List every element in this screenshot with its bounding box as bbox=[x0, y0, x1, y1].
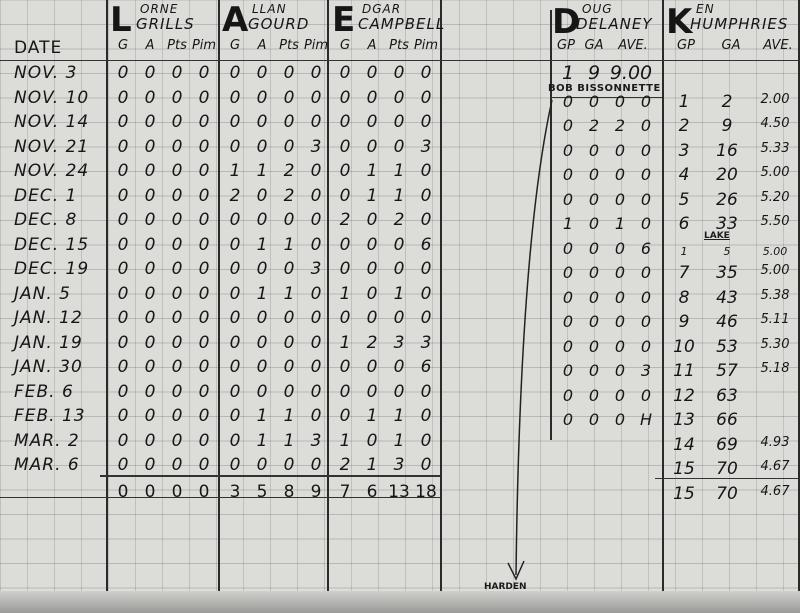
bissonnette-cell: 0 bbox=[582, 386, 606, 405]
stat-cell: 0 bbox=[222, 431, 248, 451]
bissonnette-cell: 0 bbox=[608, 92, 632, 111]
stat-cell: 0 bbox=[222, 333, 248, 353]
column-header: Pim bbox=[413, 38, 439, 53]
stat-cell: 0 bbox=[110, 431, 136, 451]
stat-cell: 0 bbox=[110, 63, 136, 83]
bissonnette-cell: 0 bbox=[634, 92, 658, 111]
stat-cell: 0 bbox=[359, 382, 385, 402]
player-name-top: LLAN bbox=[252, 2, 287, 16]
stat-cell: 0 bbox=[413, 210, 439, 230]
humphries-cell: 53 bbox=[702, 337, 752, 357]
stat-cell: 0 bbox=[249, 88, 275, 108]
row-date: DEC. 1 bbox=[14, 186, 77, 206]
stat-cell: 0 bbox=[359, 235, 385, 255]
stat-cell: 1 bbox=[249, 431, 275, 451]
stat-cell: 0 bbox=[137, 186, 163, 206]
stat-cell: 1 bbox=[359, 455, 385, 475]
bissonnette-cell: 0 bbox=[608, 190, 632, 209]
stat-cell: 0 bbox=[110, 308, 136, 328]
bissonnette-cell: 0 bbox=[608, 141, 632, 160]
humphries-cell: 6 bbox=[666, 214, 702, 234]
total-cell: 5 bbox=[249, 482, 275, 502]
player-name-bottom: GRILLS bbox=[136, 15, 195, 33]
divider-date bbox=[106, 0, 108, 600]
stat-cell: 0 bbox=[332, 308, 358, 328]
goalie-initial: K bbox=[666, 2, 692, 42]
humphries-cell: 11 bbox=[666, 361, 702, 381]
stat-cell: 0 bbox=[413, 112, 439, 132]
stat-cell: 2 bbox=[359, 333, 385, 353]
row-date: FEB. 6 bbox=[14, 382, 74, 402]
humphries-cell: 57 bbox=[702, 361, 752, 381]
bissonnette-cell: 0 bbox=[608, 386, 632, 405]
stat-cell: 0 bbox=[359, 63, 385, 83]
row-date: JAN. 12 bbox=[14, 308, 83, 328]
stat-cell: 0 bbox=[303, 210, 329, 230]
stat-cell: 0 bbox=[332, 88, 358, 108]
bissonnette-cell: 0 bbox=[582, 92, 606, 111]
humphries-cell: 43 bbox=[702, 288, 752, 308]
total-cell: 7 bbox=[332, 482, 358, 502]
stat-cell: 1 bbox=[249, 406, 275, 426]
stat-cell: 0 bbox=[303, 63, 329, 83]
divider-delaney-right bbox=[662, 0, 664, 600]
stat-cell: 0 bbox=[164, 406, 190, 426]
stat-cell: 0 bbox=[164, 186, 190, 206]
stat-cell: 0 bbox=[191, 63, 217, 83]
stat-cell: 0 bbox=[303, 308, 329, 328]
stat-cell: 0 bbox=[110, 161, 136, 181]
stat-cell: 0 bbox=[249, 308, 275, 328]
stat-cell: 0 bbox=[110, 137, 136, 157]
stat-cell: 0 bbox=[110, 357, 136, 377]
stat-cell: 0 bbox=[332, 186, 358, 206]
bissonnette-cell: 0 bbox=[608, 239, 632, 258]
stat-cell: 0 bbox=[191, 210, 217, 230]
bleed-through bbox=[0, 548, 800, 588]
stat-cell: 1 bbox=[332, 431, 358, 451]
stat-cell: 0 bbox=[386, 235, 412, 255]
stat-cell: 0 bbox=[164, 357, 190, 377]
humphries-cell: 4.93 bbox=[752, 435, 798, 450]
stat-cell: 0 bbox=[191, 137, 217, 157]
stat-cell: 0 bbox=[386, 137, 412, 157]
stat-cell: 0 bbox=[276, 333, 302, 353]
stat-cell: 0 bbox=[137, 235, 163, 255]
bissonnette-cell: 0 bbox=[634, 263, 658, 282]
row-date: DEC. 19 bbox=[14, 259, 89, 279]
humphries-cell: 9 bbox=[666, 312, 702, 332]
stat-cell: 0 bbox=[164, 308, 190, 328]
humphries-cell: 70 bbox=[702, 484, 752, 504]
stat-cell: 0 bbox=[332, 259, 358, 279]
stat-cell: 0 bbox=[191, 284, 217, 304]
stat-cell: 1 bbox=[359, 161, 385, 181]
stat-cell: 0 bbox=[222, 112, 248, 132]
stat-cell: 0 bbox=[164, 137, 190, 157]
delaney-cell: 1 bbox=[556, 62, 580, 84]
stat-cell: 0 bbox=[359, 112, 385, 132]
bissonnette-cell: 2 bbox=[608, 116, 632, 135]
humphries-cell: 69 bbox=[702, 435, 752, 455]
humphries-cell: 15 bbox=[666, 459, 702, 479]
player-initial: L bbox=[110, 0, 132, 40]
bissonnette-cell: 6 bbox=[634, 239, 658, 258]
stat-cell: 0 bbox=[386, 63, 412, 83]
humphries-cell: 7 bbox=[666, 263, 702, 283]
stat-cell: 0 bbox=[191, 431, 217, 451]
humphries-cell: 4.67 bbox=[752, 459, 798, 474]
stat-cell: 0 bbox=[413, 186, 439, 206]
row-date: DEC. 15 bbox=[14, 235, 89, 255]
stat-cell: 0 bbox=[249, 382, 275, 402]
total-cell: 18 bbox=[413, 482, 439, 502]
bissonnette-cell: 0 bbox=[634, 165, 658, 184]
bissonnette-cell: 0 bbox=[608, 410, 632, 429]
stat-cell: 0 bbox=[110, 210, 136, 230]
stat-cell: 0 bbox=[303, 382, 329, 402]
stat-cell: 0 bbox=[249, 112, 275, 132]
stat-cell: 0 bbox=[332, 406, 358, 426]
humphries-cell: 5 bbox=[702, 245, 752, 258]
stat-cell: 0 bbox=[359, 88, 385, 108]
stat-cell: 0 bbox=[191, 161, 217, 181]
total-cell: 0 bbox=[191, 482, 217, 502]
stat-cell: 0 bbox=[359, 137, 385, 157]
stat-cell: 0 bbox=[386, 112, 412, 132]
bissonnette-cell: H bbox=[634, 410, 658, 429]
humphries-cell: 5 bbox=[666, 190, 702, 210]
stat-cell: 0 bbox=[222, 259, 248, 279]
stat-cell: 1 bbox=[386, 406, 412, 426]
bissonnette-cell: 0 bbox=[634, 214, 658, 233]
goalie-column-header: GA bbox=[580, 38, 608, 53]
column-header: Pim bbox=[303, 38, 329, 53]
stat-cell: 0 bbox=[222, 63, 248, 83]
stat-cell: 0 bbox=[413, 63, 439, 83]
stat-cell: 0 bbox=[303, 284, 329, 304]
humphries-cell: 5.20 bbox=[752, 190, 798, 205]
stat-cell: 0 bbox=[137, 63, 163, 83]
humphries-cell: 10 bbox=[666, 337, 702, 357]
stat-cell: 0 bbox=[110, 382, 136, 402]
divider-grills bbox=[218, 0, 220, 600]
stat-cell: 1 bbox=[249, 284, 275, 304]
goalie-column-header: GA bbox=[706, 38, 756, 53]
goalie-column-header: GP bbox=[666, 38, 706, 53]
humphries-cell: 5.18 bbox=[752, 361, 798, 376]
row-date: JAN. 30 bbox=[14, 357, 83, 377]
bissonnette-cell: 1 bbox=[608, 214, 632, 233]
stat-cell: 0 bbox=[249, 63, 275, 83]
bissonnette-cell: 0 bbox=[634, 386, 658, 405]
stat-cell: 0 bbox=[303, 333, 329, 353]
humphries-cell: 26 bbox=[702, 190, 752, 210]
stat-cell: 0 bbox=[332, 112, 358, 132]
player-name-bottom: CAMPBELL bbox=[358, 15, 445, 33]
stat-cell: 0 bbox=[137, 161, 163, 181]
stat-cell: 0 bbox=[332, 63, 358, 83]
stat-cell: 0 bbox=[137, 112, 163, 132]
bissonnette-cell: 0 bbox=[582, 288, 606, 307]
humphries-cell: 4.67 bbox=[752, 484, 798, 499]
bissonnette-cell: 0 bbox=[582, 239, 606, 258]
delaney-cell: 9 bbox=[582, 62, 606, 84]
stat-cell: 0 bbox=[164, 161, 190, 181]
stat-cell: 3 bbox=[386, 455, 412, 475]
stat-cell: 0 bbox=[110, 284, 136, 304]
stats-sheet: DATE LORNEGRILLSGAPtsPimALLANGOURDGAPtsP… bbox=[0, 0, 800, 613]
stat-cell: 1 bbox=[332, 333, 358, 353]
bissonnette-cell: 3 bbox=[634, 361, 658, 380]
stat-cell: 0 bbox=[276, 112, 302, 132]
stat-cell: 0 bbox=[303, 406, 329, 426]
total-cell: 9 bbox=[303, 482, 329, 502]
stat-cell: 0 bbox=[276, 137, 302, 157]
stat-cell: 0 bbox=[413, 406, 439, 426]
column-header: Pts bbox=[276, 38, 302, 53]
goalie-name-top: OUG bbox=[582, 2, 613, 16]
humphries-cell: 16 bbox=[702, 141, 752, 161]
row-date: MAR. 6 bbox=[14, 455, 80, 475]
total-cell: 6 bbox=[359, 482, 385, 502]
stat-cell: 0 bbox=[386, 308, 412, 328]
stat-cell: 0 bbox=[332, 382, 358, 402]
row-date: NOV. 21 bbox=[14, 137, 89, 157]
stat-cell: 0 bbox=[332, 357, 358, 377]
stat-cell: 0 bbox=[164, 88, 190, 108]
bissonnette-cell: 0 bbox=[608, 361, 632, 380]
stat-cell: 1 bbox=[276, 284, 302, 304]
stat-cell: 0 bbox=[303, 357, 329, 377]
stat-cell: 3 bbox=[413, 333, 439, 353]
stat-cell: 0 bbox=[137, 382, 163, 402]
stat-cell: 0 bbox=[386, 357, 412, 377]
stat-cell: 0 bbox=[110, 259, 136, 279]
stat-cell: 2 bbox=[222, 186, 248, 206]
stat-cell: 0 bbox=[359, 357, 385, 377]
stat-cell: 2 bbox=[332, 455, 358, 475]
total-cell: 0 bbox=[137, 482, 163, 502]
stat-cell: 0 bbox=[137, 357, 163, 377]
stat-cell: 0 bbox=[222, 210, 248, 230]
goalie-name-bottom: DELANEY bbox=[576, 15, 653, 33]
stat-cell: 0 bbox=[303, 161, 329, 181]
stat-cell: 0 bbox=[359, 259, 385, 279]
bissonnette-cell: 0 bbox=[634, 337, 658, 356]
stat-cell: 0 bbox=[332, 161, 358, 181]
humphries-cell: 3 bbox=[666, 141, 702, 161]
total-cell: 13 bbox=[386, 482, 412, 502]
delaney-cell: 9.00 bbox=[606, 62, 656, 84]
stat-cell: 3 bbox=[386, 333, 412, 353]
stat-cell: 0 bbox=[386, 382, 412, 402]
stat-cell: 3 bbox=[303, 259, 329, 279]
humphries-cell: 46 bbox=[702, 312, 752, 332]
humphries-cell: 1 bbox=[666, 245, 702, 258]
row-date: NOV. 24 bbox=[14, 161, 89, 181]
stat-cell: 0 bbox=[359, 210, 385, 230]
goalie-column-header: AVE. bbox=[608, 38, 658, 53]
stat-cell: 0 bbox=[413, 284, 439, 304]
stat-cell: 0 bbox=[413, 455, 439, 475]
stat-cell: 0 bbox=[249, 186, 275, 206]
goalie-name-top: EN bbox=[696, 2, 715, 16]
column-header: Pim bbox=[191, 38, 217, 53]
humphries-cell: 70 bbox=[702, 459, 752, 479]
stat-cell: 0 bbox=[137, 137, 163, 157]
stat-cell: 0 bbox=[276, 455, 302, 475]
stat-cell: 2 bbox=[276, 186, 302, 206]
stat-cell: 0 bbox=[413, 308, 439, 328]
stat-cell: 6 bbox=[413, 357, 439, 377]
row-date: NOV. 14 bbox=[14, 112, 89, 132]
humphries-cell: 15 bbox=[666, 484, 702, 504]
stat-cell: 1 bbox=[276, 235, 302, 255]
row-date: NOV. 3 bbox=[14, 63, 77, 83]
total-cell: 0 bbox=[110, 482, 136, 502]
stat-cell: 1 bbox=[249, 161, 275, 181]
stat-cell: 0 bbox=[137, 455, 163, 475]
column-header: A bbox=[359, 38, 385, 53]
humphries-cell: 20 bbox=[702, 165, 752, 185]
stat-cell: 0 bbox=[164, 382, 190, 402]
bissonnette-cell: 0 bbox=[582, 165, 606, 184]
stat-cell: 0 bbox=[191, 382, 217, 402]
player-name-top: DGAR bbox=[362, 2, 401, 16]
stat-cell: 0 bbox=[191, 455, 217, 475]
stat-cell: 1 bbox=[386, 431, 412, 451]
humphries-cell: 4.50 bbox=[752, 116, 798, 131]
stat-cell: 0 bbox=[164, 455, 190, 475]
stat-cell: 0 bbox=[276, 88, 302, 108]
stat-cell: 0 bbox=[137, 431, 163, 451]
stat-cell: 0 bbox=[359, 431, 385, 451]
stat-cell: 0 bbox=[164, 259, 190, 279]
stat-cell: 0 bbox=[222, 137, 248, 157]
humphries-cell: 2 bbox=[666, 116, 702, 136]
humphries-cell: 5.30 bbox=[752, 337, 798, 352]
total-cell: 0 bbox=[164, 482, 190, 502]
stat-cell: 0 bbox=[303, 88, 329, 108]
stat-cell: 3 bbox=[303, 431, 329, 451]
stat-cell: 0 bbox=[137, 308, 163, 328]
stat-cell: 0 bbox=[276, 210, 302, 230]
bissonnette-cell: 0 bbox=[608, 312, 632, 331]
bissonnette-cell: 0 bbox=[608, 337, 632, 356]
stat-cell: 0 bbox=[413, 382, 439, 402]
divider-campbell bbox=[440, 0, 442, 600]
column-header: Pts bbox=[386, 38, 412, 53]
stat-cell: 0 bbox=[222, 235, 248, 255]
humphries-cell: 9 bbox=[702, 116, 752, 136]
bissonnette-cell: 0 bbox=[582, 214, 606, 233]
humphries-cell: 1 bbox=[666, 92, 702, 112]
stat-cell: 1 bbox=[386, 284, 412, 304]
stat-cell: 0 bbox=[386, 259, 412, 279]
stat-cell: 1 bbox=[386, 186, 412, 206]
bissonnette-cell: 0 bbox=[582, 312, 606, 331]
stat-cell: 0 bbox=[303, 186, 329, 206]
stat-cell: 0 bbox=[110, 333, 136, 353]
bissonnette-cell: 0 bbox=[634, 116, 658, 135]
stat-cell: 2 bbox=[276, 161, 302, 181]
humphries-cell: 5.50 bbox=[752, 214, 798, 229]
stat-cell: 1 bbox=[386, 161, 412, 181]
humphries-cell: 35 bbox=[702, 263, 752, 283]
bissonnette-cell: 0 bbox=[582, 410, 606, 429]
bissonnette-cell: 0 bbox=[582, 337, 606, 356]
stat-cell: 3 bbox=[303, 137, 329, 157]
stat-cell: 0 bbox=[137, 210, 163, 230]
row-date: NOV. 10 bbox=[14, 88, 89, 108]
stat-cell: 0 bbox=[222, 357, 248, 377]
stat-cell: 0 bbox=[276, 63, 302, 83]
stat-cell: 0 bbox=[222, 382, 248, 402]
stat-cell: 0 bbox=[137, 284, 163, 304]
bissonnette-cell: 0 bbox=[634, 141, 658, 160]
humphries-cell: 5.11 bbox=[752, 312, 798, 327]
stat-cell: 0 bbox=[413, 161, 439, 181]
bissonnette-cell: 0 bbox=[634, 190, 658, 209]
stat-cell: 0 bbox=[222, 308, 248, 328]
column-header: G bbox=[110, 38, 136, 53]
bissonnette-cell: 0 bbox=[634, 312, 658, 331]
column-header: G bbox=[332, 38, 358, 53]
stat-cell: 0 bbox=[276, 259, 302, 279]
stat-cell: 1 bbox=[249, 235, 275, 255]
humphries-cell: 8 bbox=[666, 288, 702, 308]
stat-cell: 0 bbox=[249, 259, 275, 279]
bissonnette-cell: 0 bbox=[634, 288, 658, 307]
bissonnette-cell: 0 bbox=[582, 190, 606, 209]
bissonnette-cell: 0 bbox=[608, 165, 632, 184]
stat-cell: 0 bbox=[137, 333, 163, 353]
stat-cell: 6 bbox=[413, 235, 439, 255]
stat-cell: 0 bbox=[413, 259, 439, 279]
humphries-cell: 2.00 bbox=[752, 92, 798, 107]
stat-cell: 0 bbox=[303, 455, 329, 475]
stat-cell: 0 bbox=[303, 235, 329, 255]
row-date: FEB. 13 bbox=[14, 406, 86, 426]
player-initial: E bbox=[332, 0, 355, 40]
stat-cell: 0 bbox=[413, 431, 439, 451]
stat-cell: 0 bbox=[110, 88, 136, 108]
stat-cell: 0 bbox=[110, 112, 136, 132]
stat-cell: 0 bbox=[222, 455, 248, 475]
bissonnette-cell: 2 bbox=[582, 116, 606, 135]
column-header: Pts bbox=[164, 38, 190, 53]
humphries-cell: 5.00 bbox=[752, 245, 798, 258]
stat-cell: 0 bbox=[164, 235, 190, 255]
stat-cell: 0 bbox=[222, 88, 248, 108]
humphries-cell: 4 bbox=[666, 165, 702, 185]
stat-cell: 0 bbox=[332, 235, 358, 255]
stat-cell: 0 bbox=[276, 308, 302, 328]
stat-cell: 0 bbox=[249, 210, 275, 230]
total-cell: 3 bbox=[222, 482, 248, 502]
stat-cell: 0 bbox=[137, 406, 163, 426]
humphries-cell: 5.38 bbox=[752, 288, 798, 303]
stat-cell: 1 bbox=[332, 284, 358, 304]
stat-cell: 0 bbox=[222, 284, 248, 304]
stat-cell: 2 bbox=[332, 210, 358, 230]
goalie-name-bottom: HUMPHRIES bbox=[690, 15, 788, 33]
stat-cell: 1 bbox=[276, 406, 302, 426]
stat-cell: 0 bbox=[164, 431, 190, 451]
column-header: A bbox=[137, 38, 163, 53]
stat-cell: 1 bbox=[276, 431, 302, 451]
